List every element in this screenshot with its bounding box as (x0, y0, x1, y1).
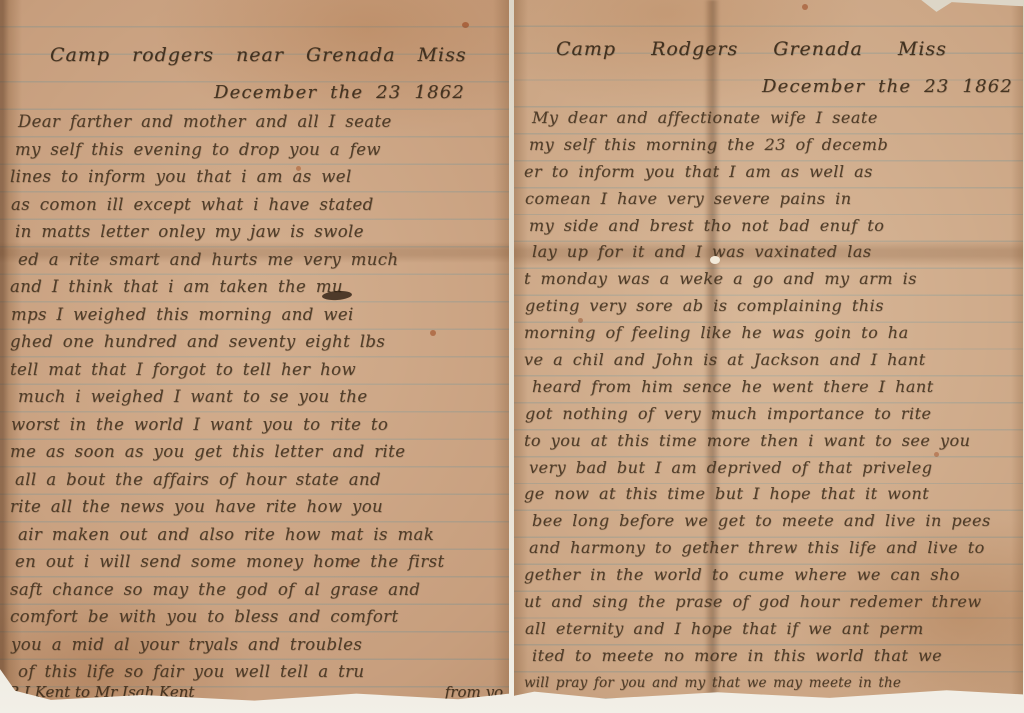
letter-line: ve a chil and John is at Jackson and I h… (524, 347, 1023, 374)
letter-line: all eternity and I hope that if we ant p… (525, 616, 1023, 643)
stain-spot (462, 22, 469, 28)
letter-line: ed a rite smart and hurts me very much (18, 246, 509, 274)
stain-spot (934, 452, 939, 457)
letter-line: tell mat that I forgot to tell her how (10, 356, 509, 384)
page-dateline: December the 23 1862 (762, 76, 1013, 97)
letter-body: My dear and affectionate wife I seatemy … (524, 105, 1023, 697)
letter-line: lines to inform you that i am as wel (10, 163, 509, 191)
letter-line: rite all the news you have rite how you (10, 493, 509, 521)
letter-line: ut and sing the prase of god hour redeme… (524, 589, 1023, 616)
closing-line: R I Kent to Mr Isah Kent from yo (8, 679, 503, 701)
letter-line: comfort be with you to bless and comfort (10, 603, 509, 631)
paper-chip (710, 256, 720, 264)
letter-line: got nothing of very much importance to r… (525, 401, 1023, 428)
letter-line: and I think that i am taken the mu (10, 273, 509, 301)
letter-line: my side and brest tho not bad enuf to (529, 213, 1023, 240)
stain-spot (802, 4, 808, 10)
letter-line: gether in the world to cume where we can… (524, 562, 1023, 589)
letter-line: comean I have very severe pains in (525, 186, 1023, 213)
letter-line: my self this morning the 23 of decemb (529, 132, 1023, 159)
letter-line: saft chance so may the god of al grase a… (10, 576, 509, 604)
letter-line: will pray for you and my that we may mee… (524, 670, 1023, 697)
letter-line: all a bout the affairs of hour state and (15, 466, 509, 494)
closing-signature: R I Kent to Mr Isah Kent (8, 683, 194, 701)
letter-line: t monday was a weke a go and my arm is (524, 266, 1023, 293)
letter-line: Dear farther and mother and all I seate (18, 108, 509, 136)
letter-scan: Camp rodgers near Grenada Miss December … (0, 0, 1024, 713)
letter-line: bee long before we get to meete and live… (532, 508, 1023, 535)
page-heading: Camp rodgers near Grenada Miss (50, 44, 467, 66)
letter-line: heard from him sence he went there I han… (532, 374, 1023, 401)
letter-line: geting very sore ab is complaining this (525, 293, 1023, 320)
letter-line: ge now at this time but I hope that it w… (524, 481, 1023, 508)
letter-page-left: Camp rodgers near Grenada Miss December … (0, 0, 509, 702)
closing-from: from yo (445, 683, 503, 701)
page-heading: Camp Rodgers Grenada Miss (556, 38, 947, 60)
letter-line: er to inform you that I am as well as (524, 159, 1023, 186)
letter-line: as comon ill except what i have stated (11, 191, 509, 219)
letter-line: much i weighed I want to se you the (18, 383, 509, 411)
letter-line: me as soon as you get this letter and ri… (10, 438, 509, 466)
stain-spot (348, 560, 353, 565)
page-dateline: December the 23 1862 (214, 82, 465, 103)
letter-line: worst in the world I want you to rite to (11, 411, 509, 439)
letter-line: very bad but I am deprived of that prive… (529, 455, 1023, 482)
letter-line: air maken out and also rite how mat is m… (18, 521, 509, 549)
letter-line: you a mid al your tryals and troubles (11, 631, 509, 659)
letter-line: mps I weighed this morning and wei (11, 301, 509, 329)
letter-line: en out i will send some money home the f… (15, 548, 509, 576)
stain-spot (296, 166, 301, 171)
letter-line: ited to meete no more in this world that… (532, 643, 1023, 670)
letter-line: and harmony to gether threw this life an… (529, 535, 1023, 562)
letter-body: Dear farther and mother and all I seatem… (10, 108, 509, 686)
letter-line: morning of feeling like he was goin to h… (524, 320, 1023, 347)
letter-line: in matts letter onley my jaw is swole (15, 218, 509, 246)
stain-spot (430, 330, 436, 336)
letter-line: my self this evening to drop you a few (15, 136, 509, 164)
letter-line: My dear and affectionate wife I seate (532, 105, 1023, 132)
letter-line: to you at this time more then i want to … (524, 428, 1023, 455)
letter-page-right: Camp Rodgers Grenada Miss December the 2… (514, 0, 1023, 700)
stain-spot (578, 318, 583, 323)
letter-line: lay up for it and I was vaxinated las (532, 239, 1023, 266)
